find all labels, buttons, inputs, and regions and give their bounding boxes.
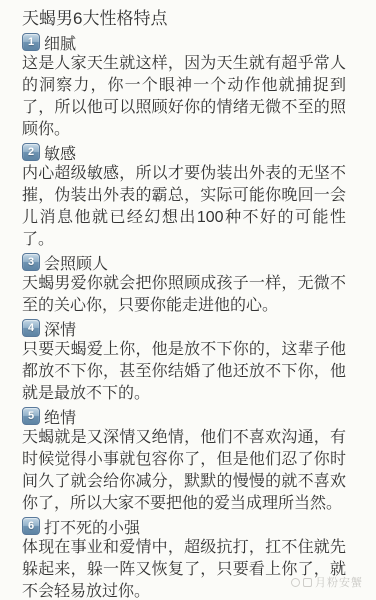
keycap-3-icon: 3 [22, 253, 40, 271]
section-heading: 1 细腻 [22, 31, 346, 53]
page-title: 天蝎男6大性格特点 [22, 7, 346, 31]
section: 3 会照顾人 天蝎男爱你就会把你照顾成孩子一样，无微不至的关心你，只要你能走进他… [22, 251, 346, 317]
section: 4 深情 只要天蝎爱上你，他是放不下你的，这辈子他都放不下你，甚至你结婚了他还放… [22, 317, 346, 405]
section-heading: 5 绝情 [22, 405, 346, 427]
keycap-4-icon: 4 [22, 319, 40, 337]
post-image: 天蝎男6大性格特点 1 细腻 这是人家天生就这样，因为天生就有超乎常人的洞察力，… [0, 0, 376, 600]
section-heading-label: 细腻 [44, 31, 76, 54]
section-body: 这是人家天生就这样，因为天生就有超乎常人的洞察力，你一个眼神一个动作他就捕捉到了… [22, 53, 346, 141]
keycap-1-icon: 1 [22, 33, 40, 51]
section-heading: 6 打不死的小强 [22, 515, 346, 537]
keycap-2-icon: 2 [22, 143, 40, 161]
section-heading: 2 敏感 [22, 141, 346, 163]
section: 1 细腻 这是人家天生就这样，因为天生就有超乎常人的洞察力，你一个眼神一个动作他… [22, 31, 346, 141]
section-body: 天蝎就是又深情又绝情，他们不喜欢沟通，有时候觉得小事就包容你了，但是他们忍了你时… [22, 427, 346, 515]
section-heading-label: 深情 [44, 317, 76, 340]
section-heading: 3 会照顾人 [22, 251, 346, 273]
section-body: 体现在事业和爱情中，超级抗打，扛不住就先躲起来，躲一阵又恢复了，只要看上你了，就… [22, 537, 346, 600]
watermark: 月粉安蟹 [291, 574, 363, 590]
section: 2 敏感 内心超级敏感，所以才要伪装出外表的无坚不摧，伪装出外表的霸总，实际可能… [22, 141, 346, 251]
section-heading: 4 深情 [22, 317, 346, 339]
section-heading-label: 绝情 [44, 405, 76, 428]
section-heading-label: 敏感 [44, 141, 76, 164]
watermark-text: 月粉安蟹 [315, 574, 363, 590]
section-heading-label: 打不死的小强 [44, 515, 140, 538]
keycap-5-icon: 5 [22, 407, 40, 425]
logo-icon [303, 578, 312, 587]
section: 5 绝情 天蝎就是又深情又绝情，他们不喜欢沟通，有时候觉得小事就包容你了，但是他… [22, 405, 346, 515]
section-body: 内心超级敏感，所以才要伪装出外表的无坚不摧，伪装出外表的霸总，实际可能你晚回一会… [22, 163, 346, 251]
flower-icon [291, 578, 300, 587]
section-heading-label: 会照顾人 [44, 251, 108, 274]
section-body: 只要天蝎爱上你，他是放不下你的，这辈子他都放不下你，甚至你结婚了他还放不下你，他… [22, 339, 346, 405]
keycap-6-icon: 6 [22, 517, 40, 535]
section-body: 天蝎男爱你就会把你照顾成孩子一样，无微不至的关心你，只要你能走进他的心。 [22, 273, 346, 317]
